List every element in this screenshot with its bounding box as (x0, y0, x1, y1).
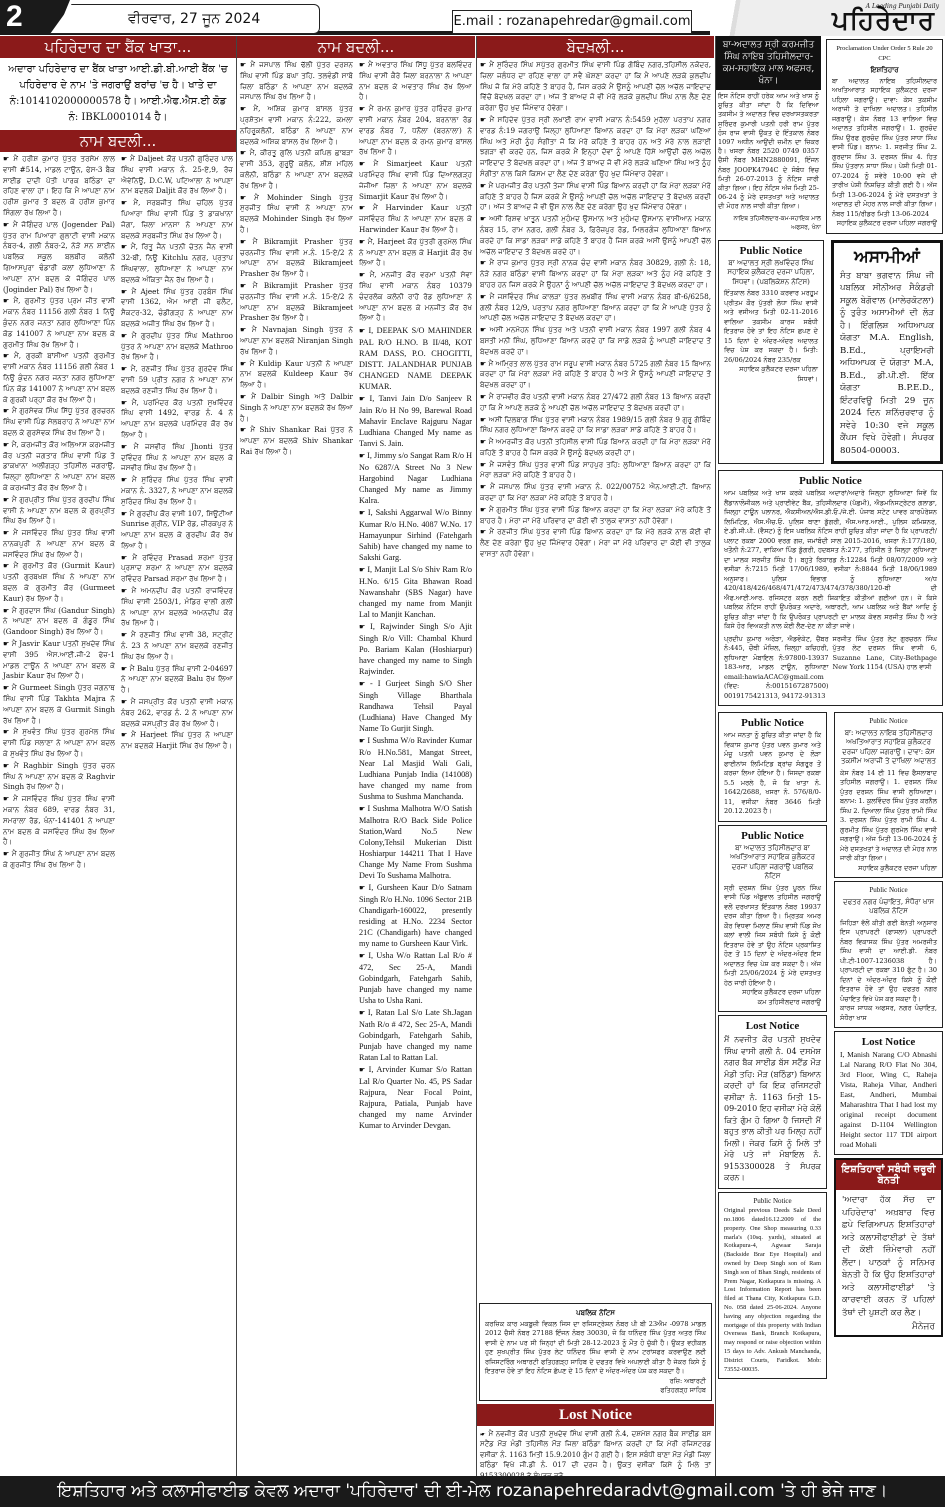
list-item: ਮੈਂ, ਪਰਮਿੰਦਰ ਕੌਰ ਪਤਨੀ ਸੁਖਵਿੰਦਰ ਸਿੰਘ ਵਾਸੀ… (121, 398, 233, 441)
issue-date: ਵੀਰਵਾਰ, 27 ਜੂਨ 2024 (128, 11, 260, 27)
column-disinheritance: ਬੇਦਖ਼ਲੀ... ਮੈਂ ਸੁਰਿੰਦਰ ਸਿੰਘ ਸਪੁੱਤਰ ਗੁਰਮੀ… (477, 36, 714, 1476)
list-item: ਮੈਂ ਰਣਜੀਤ ਸਿੰਘ ਵਾਸੀ 38, ਸਟ੍ਰੀਟ ਨੰ. 23 ਨੇ… (121, 630, 233, 662)
lost-notice-body: ਮੈਂ ਨਵਜੀਤ ਕੌਰ ਪਤਨੀ ਸੁਖਦੇਵ ਸਿੰਘ ਵਾਸੀ ਗਲੀ … (477, 1429, 714, 1482)
list-item: ਮੈਂ ਗੁਰਪ੍ਰੀਤ ਸਿੰਘ ਪੁੱਤਰ ਗੁਰਦੀਪ ਸਿੰਘ ਵਾਸੀ… (3, 495, 115, 527)
list-item: ਮੈਂ ਜਸਪਾਲ ਸਿੰਘ ਢੱਲੀ ਪੁੱਤਰ ਦਰਸ਼ਨ ਸਿੰਘ ਵਾਸ… (240, 60, 353, 103)
list-item: - I Gurjeet Singh S/O Sher Singh Village… (359, 678, 472, 734)
list-item: ਮੈਂ ਅਮ੍ਰਿਤ ਲਾਲ ਪੁੱਤਰ ਰਾਮ ਸਰੂਪ ਵਾਸੀ ਮਕਾਨ … (480, 359, 711, 391)
notice-body: ਕੇਸ ਨੰਬਰ 14 ਈ 11 ਵਿਚ ਫੈਸਲਾਬਾਦ ਤਹਿਸੀਲ ਜਗਰ… (840, 769, 937, 864)
list-item: ਮੈਂ ਰਮਨ ਕੁਮਾਰ ਪੁੱਤਰ ਹਰਿੰਦਰ ਕੁਮਾਰ ਵਾਸੀ ਮਕ… (359, 104, 472, 158)
name-change-right-column: ਮੈਂ ਅਵਤਾਰ ਸਿੰਘ ਸਿੱਧੂ ਪੁੱਤਰ ਬਲਵਿੰਦਰ ਸਿੰਘ … (359, 60, 472, 1132)
list-item: ਮੈਂ Daljeet ਕੌਰ ਪਤਨੀ ਗੁਰਿੰਦਰ ਪਾਲ ਸਿੰਘ ਵਾ… (121, 154, 233, 197)
list-item: ਮੈਂ ਸੁਰਿੰਦਰ ਸਿੰਘ ਪੁੱਤਰ ਸਿੰਘ ਵਾਸੀ ਮਕਾਨ ਨੰ… (121, 475, 233, 507)
list-item: ਮੈਂ ਰਣਜੀਤ ਸਿੰਘ ਪੁੱਤਰ ਵਾਸੀ ਪਿੰਡ ਬਿਆਨ ਕਰਦਾ… (480, 527, 711, 559)
notice-signature: ਕਾਰਜ ਸਾਧਕ ਅਫਸਰ, ਨਗਰ ਪੰਚਾਇਤ, ਸੰਧੌਰਾ ਖਾਸ (840, 1004, 937, 1023)
proclamation-signature: ਸਹਾਇਕ ਕੁਲੈਕਟਰ ਦਰਜਾ ਪਹਿਲਾ ਜਗਰਾਉਂ (832, 219, 937, 229)
notice-body: ਮੈਂ ਨਵਜੀਤ ਕੌਰ ਪਤਨੀ ਸੁਖਦੇਵ ਸਿੰਘ ਵਾਸੀ ਗਲੀ … (724, 1034, 821, 1184)
list-item: ਮੈਂ Jasvir Kaur ਪਤਨੀ ਸੁਖਦੇਵ ਸਿੰਘ ਵਾਸੀ 39… (3, 639, 115, 682)
notice-body: ਆਮ ਜਨਤਾ ਨੂੰ ਸੂਚਿਤ ਕੀਤਾ ਜਾਂਦਾ ਹੈ ਕਿ ਵਿਕਾਸ… (724, 731, 821, 817)
list-item: ਮੈਂ ਜੋਗਿੰਦਰ ਪਾਲ (Jogender Pal) ਪੁੱਤਰ ਰਾਮ… (3, 220, 115, 296)
list-item: ਮੈਂ, Harjeet ਕੌਰ ਪੁੱਤਰੀ ਗੁਰਮੇਲ ਸਿੰਘ ਨੇ ਆ… (359, 237, 472, 269)
name-change-list-2: ਮੈਂ ਜਸਪਾਲ ਸਿੰਘ ਢੱਲੀ ਪੁੱਤਰ ਦਰਸ਼ਨ ਸਿੰਘ ਵਾਸ… (237, 60, 475, 1132)
list-item: ਮੈਂ Navnajan Singh ਪੁੱਤਰ ਨੇ ਆਪਣਾ ਨਾਮ ਬਦਲ… (240, 325, 353, 357)
list-item: I, Ratan Lal S/o Late Sh.Jagan Nath R/o … (359, 1007, 472, 1063)
tehsildar-signature: ਨਾਇਬ ਤਹਿਸੀਲਦਾਰ-ਕਮ-ਸਹਾਇਕ ਮਾਲ ਅਫਸਰ, ਖੰਨਾ (716, 214, 821, 232)
list-item: ਮੈਂ ਗੁਰਦਾਸ ਸਿੰਘ (Gandur Singh) ਨੇ ਆਪਣਾ ਨ… (3, 606, 115, 638)
lost-notice-maur: Lost Notice ਮੈਂ ਨਵਜੀਤ ਕੌਰ ਪਤਨੀ ਸੁਖਦੇਵ ਸਿ… (718, 1015, 827, 1189)
notice-subtitle: ਦਫਤਰ ਨਗਰ ਪੰਚਾਇਤ, ਸੰਧੌਰਾ ਖਾਸ ਪਬਲਿਕ ਨੋਟਿਸ (840, 898, 937, 917)
list-item: I, Usha W/o Rattan Lal R/o # 472, Sec 25… (359, 950, 472, 1006)
list-item: ਅਸੀਂ ਮਨਮੋਹਨ ਸਿੰਘ ਪੁੱਤਰ ਅਤੇ ਪਤਨੀ ਵਾਸੀ ਮਕਾ… (480, 325, 711, 357)
list-item: ਮੈਂ ਅਮਨਦੀਪ ਕੌਰ ਪਤਨੀ ਰਾਜਵਿੰਦਰ ਸਿੰਘ ਵਾਸੀ 2… (121, 586, 233, 629)
notice-title: ਪਬਲਿਕ ਨੋਟਿਸ (485, 1308, 706, 1318)
newspaper-logo: ਪਹਿਰੇਦਾਰ (832, 6, 935, 37)
disinheritance-list: ਮੈਂ ਸੁਰਿੰਦਰ ਸਿੰਘ ਸਪੁੱਤਰ ਗੁਰਮੀਤ ਸਿੰਘ ਵਾਸੀ… (477, 60, 714, 1300)
public-notice-dugri-property: Public Notice ਆਮ ਪਬਲਿਕ ਅਤੇ ਖਾਸ ਕਰਕੇ ਪਬਲਿ… (718, 470, 943, 706)
footer-banner: ਇਸ਼ਤਿਹਾਰ ਅਤੇ ਕਲਾਸੀਫਾਈਡ ਕੇਵਲ ਅਦਾਰਾ 'ਪਹਿਰੇ… (0, 1476, 945, 1507)
list-item: ਮੈਂ Dalbir Singh ਅਤੇ Dalbir Singh ਨੇ ਆਪਣ… (240, 392, 353, 424)
notice-signature: ਸਹਾਇਕ ਕੁਲੈਕਟਰ ਦਰਜਾ ਪਹਿਲਾ ਸਿਧਵਾਂ। (724, 365, 818, 384)
notice-title: Public Notice (724, 830, 821, 842)
list-item: I, Rajwinder Singh S/o Ajit Singh R/o Vi… (359, 621, 472, 677)
list-item: ਮੈਂ, ਸਰਬਜੀਤ ਸਿੰਘ ਚਹਿਲ ਪੁੱਤਰ ਪਿਆਰਾ ਸਿੰਘ ਵ… (121, 198, 233, 241)
name-change-right-column: ਮੈਂ Daljeet ਕੌਰ ਪਤਨੀ ਗੁਰਿੰਦਰ ਪਾਲ ਸਿੰਘ ਵਾ… (121, 154, 233, 872)
tehsildar-heading: ਬਾ-ਅਦਾਲਤ ਸ੍ਰੀ ਕਰਮਜੀਤ ਸਿੰਘ ਨਾਇਬ ਤਹਿਸੀਲਦਾਰ… (716, 36, 821, 90)
list-item: ਮੈਂ ਸੁਰਿੰਦਰ ਸਿੰਘ ਸਪੁੱਤਰ ਗੁਰਮੀਤ ਸਿੰਘ ਵਾਸੀ… (480, 60, 711, 114)
proclamation-title: Proclamation Under Order 5 Rule 20 CPC (832, 44, 937, 63)
column-public-notices: ਬਾ-ਅਦਾਲਤ ਸ੍ਰੀ ਕਰਮਜੀਤ ਸਿੰਘ ਨਾਇਬ ਤਹਿਸੀਲਦਾਰ… (716, 36, 945, 1476)
disinheritance-heading: ਬੇਦਖ਼ਲੀ... (477, 36, 714, 58)
list-item: ਮੈਂ ਗੁਰਦੀਪ ਪੁੱਤਰ ਸਿੰਘ Mathroo ਪੁੱਤਰ ਨੇ ਆ… (121, 331, 233, 363)
notice-body: Original previous Deeds Sale Deed no.180… (724, 1207, 821, 1374)
list-item: ਮੈਂ ਹਰੀਸ਼ ਕੁਮਾਰ ਪੁੱਤਰ ਤਰਸੇਮ ਲਾਲ ਵਾਸੀ #51… (3, 154, 115, 219)
list-item: ਮੈਂ ਜਸਵੰਤ ਸਿੰਘ ਪੁੱਤਰ ਵਾਸੀ ਪਿੰਡ ਸਾਹਪੁਰ ਤਹ… (480, 460, 711, 482)
list-item: ਮੈਂ, ਕੀਰਤੂ ਗੁਲਿ ਪਤਨੀ ਕਪਿਲ ਛਾਬੜਾ ਵਾਸੀ 353… (240, 148, 353, 191)
advocate-details: ਪ੍ਰਦੀਪ ਕੁਮਾਰ ਅਰੋੜਾ, ਐਡਵੋਕੇਟ, ਚੈਂਬਰ ਨੰ:44… (724, 635, 829, 702)
list-item: I, Arvinder Kumar S/o Rattan Lal R/o Qua… (359, 1064, 472, 1131)
notice-title: Lost Notice (840, 1036, 937, 1048)
list-item: ਮੈਂ, ਰਣਜੀਤ ਸਿੰਘ ਪੁੱਤਰ ਗੁਰਦੇਵ ਸਿੰਘ ਵਾਸੀ 5… (121, 364, 233, 396)
column-name-change-2: ਨਾਮ ਬਦਲੀ... ਮੈਂ ਜਸਪਾਲ ਸਿੰਘ ਢੱਲੀ ਪੁੱਤਰ ਦਰ… (237, 36, 475, 1476)
list-item: I, Jimmy s/o Sangat Ram R/o H No 6287/A … (359, 450, 472, 506)
proclamation-subtitle: ਇਸ਼ਤਿਹਾਰ (832, 65, 937, 75)
notice-title: Public Notice (724, 1197, 821, 1206)
list-item: I Sushma W/o Ravinder Kumar R/o H.No.581… (359, 735, 472, 802)
vacancy-title: ਅਸਾਮੀਆਂ (840, 247, 934, 267)
important-request-body: 'ਅਦਾਰਾ ਹੱਕ ਸੱਚ ਦਾ ਪਹਿਰੇਦਾਰ' ਅਖ਼ਬਾਰ ਵਿਚ ਛ… (836, 1190, 941, 1323)
list-item: ਮੈਂ ਰਵਿੰਦਰ Prasad ਸ਼ਰਮਾ ਪੁੱਤਰ ਪ੍ਰਸਾਦ ਸ਼ਰ… (121, 553, 233, 585)
notice-signature: ਫਤਿਹਗੜ੍ਹ ਸਾਹਿਬ (485, 1386, 706, 1396)
list-item: ਮੈਂ, ਅਸ਼ਿਕ ਕੁਮਾਰ ਬਾਂਸਲ ਪੁੱਤਰ ਪ੍ਰਸ਼ੋਤਮ ਵਾ… (240, 104, 353, 147)
list-item: ਮੈਂ ਜਸਪ੍ਰੀਤ ਕੌਰ ਪਤਨੀ ਵਾਸੀ ਮਕਾਨ ਨੰਬਰ 262,… (121, 697, 233, 729)
important-request-title: ਇਸ਼ਤਿਹਾਰਾਂ ਸਬੰਧੀ ਜ਼ਰੂਰੀ ਬੇਨਤੀ (836, 1160, 941, 1190)
notice-title: Lost Notice (724, 1020, 821, 1032)
public-notice-jagraon: Public Notice ਬਾ: ਅਦਾਲਤ ਨਾਇਬ ਤਹਿਸੀਲਦਾਰ ਅ… (834, 712, 943, 878)
list-item: I, Manjit Lal S/o Shiv Ram R/o H.No. 6/1… (359, 564, 472, 620)
list-item: I, Gursheen Kaur D/o Satnam Singh R/o H.… (359, 882, 472, 949)
notice-signature: ਸਹਾਇਕ ਕੁਲੈਕਟਰ ਦਰਜਾ ਪਹਿਲਾ (724, 988, 821, 998)
email-box[interactable]: E.mail : rozanapehredar@gmail.com (452, 10, 692, 34)
list-item: ਮੈਂ ਗੁਰਜੀਤ ਸਿੰਘ ਨੇ ਆਪਣਾ ਨਾਮ ਬਦਲ ਕੇ ਗੁਰਜੀ… (3, 849, 115, 871)
list-item: ਮੈਂ ਗੁਰਮੀਤ ਕੌਰ (Gurmit Kaur) ਪਤਨੀ ਗੁਰਬਖਸ… (3, 561, 115, 604)
list-item: I, Sakshi Aggarwal W/o Binny Kumar R/o H… (359, 507, 472, 563)
list-item: ਮੈਂ ਅਮਰਜੀਤ ਕੌਰ ਪਤਨੀ ਤਹਿਸੀਲ ਵਾਸੀ ਪਿੰਡ ਬਿਆ… (480, 437, 711, 459)
important-request-box: ਇਸ਼ਤਿਹਾਰਾਂ ਸਬੰਧੀ ਜ਼ਰੂਰੀ ਬੇਨਤੀ 'ਅਦਾਰਾ ਹੱਕ… (834, 1158, 943, 1337)
list-item: ਮੈਂ ਰਾਜ ਕੁਮਾਰ ਪੁੱਤਰ ਸ੍ਰੀ ਨਾਨਕ ਚੰਦ ਵਾਸੀ ਮ… (480, 258, 711, 290)
lost-notice-heading: Lost Notice (477, 1404, 714, 1426)
notice-body: ਸ੍ਰੀ ਦਰਸ਼ਨ ਸਿੰਘ ਪੁੱਤਰ ਪੂਰਨ ਸਿੰਘ ਵਾਸੀ ਪਿੰ… (724, 884, 821, 989)
footer-text: ਇਸ਼ਤਿਹਾਰ ਅਤੇ ਕਲਾਸੀਫਾਈਡ ਕੇਵਲ ਅਦਾਰਾ 'ਪਹਿਰੇ… (58, 1481, 888, 1501)
notice-body: ਕਰਜ਼ਿਕ ਕਾਰ ਮਕਬੂਜ਼ੀ ਵਿਕਲ ਜਿਸ ਦਾ ਰਜਿਸਟ੍ਰੇਸ… (485, 1320, 706, 1377)
tehsildar-notice: ਬਾ-ਅਦਾਲਤ ਸ੍ਰੀ ਕਰਮਜੀਤ ਸਿੰਘ ਨਾਇਬ ਤਹਿਸੀਲਦਾਰ… (716, 36, 821, 237)
list-item: ਮੈਂ ਜਸਪਾਲ ਸਿੰਘ ਪੁੱਤਰ ਵਾਸੀ ਮਕਾਨ ਨੰ. 022/0… (480, 482, 711, 504)
list-item: ਮੈਂ Harjeet ਸਿੰਘ ਪੁੱਤਰ ਨੇ ਆਪਣਾ ਨਾਮ ਬਦਲਕੇ… (121, 730, 233, 752)
public-notice-kotkapura: Public Notice Original previous Deeds Sa… (718, 1192, 827, 1380)
list-item: ਮੈਂ Mohinder Singh ਪੁੱਤਰ ਸੁਰਜੀਤ ਸਿੰਘ ਵਾਸ… (240, 193, 353, 236)
list-item: ਮੈਂ ਜਸਵਿੰਦਰ ਸਿੰਘ ਕਾਲੜਾ ਪੁੱਤਰ ਲਖਬੀਰ ਸਿੰਘ … (480, 292, 711, 324)
list-item: I Sushma Malhotra W/O Satish Malhotra R/… (359, 803, 472, 881)
list-item: ਮੈਂ Ajeet ਸਿੰਘ ਪੁੱਤਰ ਹਰਬੰਸ ਸਿੰਘ ਵਾਸੀ 136… (121, 287, 233, 330)
list-item: ਮੈਂ ਜਸਵੀਰ ਸਿੰਘ Jhonti ਪੁੱਤਰ ਦਵਿੰਦਰ ਸਿੰਘ … (121, 442, 233, 474)
notice-body: ਆਮ ਪਬਲਿਕ ਅਤੇ ਖਾਸ ਕਰਕੇ ਪਬਲਿਕ ਅਦਾਰਾਂ/ਅਦਾਰੇ… (724, 489, 937, 632)
column-bank-and-name-change: ਪਹਿਰੇਦਾਰ ਦਾ ਬੈਂਕ ਖਾਤਾ... ਅਦਾਰਾ ਪਹਿਰੇਦਾਰ … (0, 36, 236, 1476)
list-item: ਮੈਂ ਗੁਰਦੀਪ ਕੌਰ ਵਾਸੀ 107, ਸਿਊਟੀਆਂ Sunrise… (121, 509, 233, 552)
notice-title: Public Notice (724, 717, 821, 729)
list-item: ਮੈਂ ਜਸਵਿੰਦਰ ਸਿੰਘ ਪੁੱਤਰ ਸਿੰਘ ਵਾਸੀ ਨਾਨਕਪੁਰ… (3, 528, 115, 560)
important-request-signature: ਮੈਨੇਜਰ (836, 1323, 941, 1335)
notice-title: Public Notice (724, 475, 937, 487)
list-item: I, DEEPAK S/O MAHINDER PAL R/O H.NO. B I… (359, 325, 472, 392)
notice-subtitle: ਬਾ ਅਦਾਲਤ ਸ੍ਰੀ ਲਖਵਿੰਦਰ ਸਿੰਘ ਸਹਾਇਕ ਕੁਲੈਕਟਰ… (724, 259, 818, 288)
list-item: ਮੈਂ Bikramjit Prasher ਪੁੱਤਰ ਚਰਨਜੀਤ ਸਿੰਘ … (240, 237, 353, 280)
proclamation-notice: Proclamation Under Order 5 Rule 20 CPC ਇ… (826, 39, 943, 234)
list-item: ਮੈਂ Raghbir Singh ਪੁੱਤਰ ਚਰਨ ਸਿੰਘ ਨੇ ਆਪਣਾ… (3, 761, 115, 793)
name-change-heading: ਨਾਮ ਬਦਲੀ... (0, 130, 236, 152)
notice-subtitle: ਬਾ ਅਦਾਲਤ ਤਹਿਸੀਲਦਾਰ ਬਾ ਅਖਤਿਆਰਾਤ ਸਹਾਇਕ ਕੁਲ… (724, 844, 821, 882)
list-item: ਮੈਂ Balu ਪੁੱਤਰ ਸਿੰਘ ਵਾਸੀ 2-04697 ਨੇ ਆਪਣਾ… (121, 664, 233, 696)
list-item: ਮੈਂ ਰਾਜਵੀਰ ਕੌਰ ਪਤਨੀ ਵਾਸੀ ਮਕਾਨ ਨੰਬਰ 27/47… (480, 392, 711, 414)
list-item: ਮੈਂ ਅਵਤਾਰ ਸਿੰਘ ਸਿੱਧੂ ਪੁੱਤਰ ਬਲਵਿੰਦਰ ਸਿੰਘ … (359, 60, 472, 103)
name-change-list: ਮੈਂ ਹਰੀਸ਼ ਕੁਮਾਰ ਪੁੱਤਰ ਤਰਸੇਮ ਲਾਲ ਵਾਸੀ #51… (0, 154, 236, 872)
notice-signature: ਸਹਾਇਕ ਕੁਲੈਕਟਰ ਦਰਜਾ ਪਹਿਲਾ (840, 864, 937, 874)
tehsildar-body: ਇਸ ਨੋਟਿਸ ਰਾਹੀਂ ਹਰੇਕ ਆਮ ਅਤੇ ਖਾਸ ਨੂੰ ਸੂਚਿਤ… (716, 90, 821, 214)
list-item: ਮੈਂ Bikramjit Prasher ਪੁੱਤਰ ਚਰਨਜੀਤ ਸਿੰਘ … (240, 281, 353, 324)
bank-account-text: ਅਦਾਰਾ ਪਹਿਰੇਦਾਰ ਦਾ ਬੈਂਕ ਖਾਤਾ ਆਈ.ਡੀ.ਬੀ.ਆਈ … (0, 60, 236, 130)
list-item: ਮੈਂ, ਗੁਰਮੀਤ ਪੁੱਤਰ ਪ੍ਰਮ ਜੀਤ ਵਾਸੀ ਮਕਾਨ ਨੰਬ… (3, 296, 115, 350)
lost-notice-mohali: Lost Notice I, Manish Narang C/O Abnashi… (834, 1031, 943, 1155)
name-change-left-column: ਮੈਂ ਹਰੀਸ਼ ਕੁਮਾਰ ਪੁੱਤਰ ਤਰਸੇਮ ਲਾਲ ਵਾਸੀ #51… (3, 154, 115, 872)
notice-body: ਜਿਹਿੜਾ ਵੱਲੋਂ ਕੀਤੀ ਗਈ ਬੇਨਤੀ ਅਨੁਸਾਰ ਇਸ ਪ੍ਰ… (840, 919, 937, 1005)
list-item: ਮੈਂ ਸੁਖਵੰਤ ਸਿੰਘ ਪੁੱਤਰ ਗੁਰਮੇਲ ਸਿੰਘ ਵਾਸੀ ਪ… (3, 727, 115, 759)
notice-body: ਇੰਤਕਾਲ ਨੰਬਰ 3310 ਕਰਵਾਰ ਮਰਹੂਮ ਪ੍ਰੀਤਮ ਕੌਰ … (724, 289, 818, 365)
list-item: ਮੈਂ, ਮਨਜੀਤ ਕੌਰ ਵਰਮਾ ਪਤਨੀ ਸੇਵਾ ਸਿੰਘ ਵਾਸੀ … (359, 270, 472, 324)
list-item: ਮੈਂ ਗੁਰਸੇਵਕ ਸਿੰਘ ਸਿੱਧੂ ਪੁੱਤਰ ਗੁਰਚਰਨ ਸਿੰਘ… (3, 406, 115, 438)
list-item: ਅਸੀਂ ਰਿਸ਼ਵ ਖਾਤੂਨ ਪਤਨੀ ਮੁਹੰਮਦ ਉਸਮਾਨ ਅਤੇ ਮ… (480, 214, 711, 257)
list-item: ਮੈਂ, ਕਰਮਜੀਤ ਕੌਰ ਅਲਿਆਸ ਕਰਮਜੀਤ ਕੌਰ ਪਤਨੀ ਜਗ… (3, 440, 115, 494)
list-item: ਮੈਂ Kuldip Kaur ਪਤਨੀ ਨੇ ਆਪਣਾ ਨਾਮ ਬਦਲਕੇ K… (240, 359, 353, 391)
list-item: ਮੈਂ Gurmeet Singh ਪੁੱਤਰ ਜਗਨਾਥ ਸਿੰਘ ਵਾਸੀ … (3, 683, 115, 726)
client-details: ਸਰਜੀਤ ਸਿੰਘ ਪੁੱਤਰ ਲੇਟ ਗੁਰਚਰਨ ਸਿੰਘ ਪੁੱਤਰ ਲ… (833, 635, 938, 702)
public-notice-abbuwal: Public Notice ਬਾ ਅਦਾਲਤ ਤਹਿਸੀਲਦਾਰ ਬਾ ਅਖਤਿ… (718, 825, 827, 1013)
notice-title: Public Notice (724, 245, 818, 257)
notice-title: Public Notice (840, 717, 937, 727)
masthead: 2 ਵੀਰਵਾਰ, 27 ਜੂਨ 2024 E.mail : rozanapeh… (0, 0, 945, 36)
notice-title: Public Notice (840, 886, 937, 896)
list-item: ਮੈਂ Simarjeet Kaur ਪਤਨੀ ਪਰਮਿੰਦਰ ਸਿੰਘ ਵਾਸ… (359, 159, 472, 202)
list-item: I, Tanvi Jain D/o Sanjeev R Jain R/o H N… (359, 393, 472, 449)
list-item: ਅਸੀਂ ਦਿਲਬਾਗ ਸਿੰਘ ਪੁੱਤਰ ਵਾਸੀ ਮਕਾਨ ਨੰਬਰ 19… (480, 415, 711, 437)
vacancy-ad: ਅਸਾਮੀਆਂ ਸੰਤ ਬਾਬਾ ਭਗਵਾਨ ਸਿੰਘ ਜੀ ਪਬਲਿਕ ਸੀਨ… (831, 240, 943, 465)
name-change-heading-2: ਨਾਮ ਬਦਲੀ... (237, 36, 475, 58)
contact-email[interactable]: E.mail : rozanapehredar@gmail.com (453, 11, 691, 33)
list-item: ਮੈਂ ਸਹਿਦੇਵ ਪੁੱਤਰ ਸ੍ਰੀ ਲਖਾਈ ਰਾਮ ਵਾਸੀ ਮਕਾਨ… (480, 115, 711, 180)
v-body: ਸੰਤ ਬਾਬਾ ਭਗਵਾਨ ਸਿੰਘ ਜੀ ਪਬਲਿਕ ਸੀਨੀਅਰ ਸੈਕੰ… (840, 270, 934, 458)
public-notice-sandhaura: Public Notice ਦਫਤਰ ਨਗਰ ਪੰਚਾਇਤ, ਸੰਧੌਰਾ ਖਾ… (834, 881, 943, 1028)
notice-signature: ਕਮ ਤਹਿਸੀਲਦਾਰ ਜਗਰਾਉਂ (724, 998, 821, 1008)
bank-account-heading: ਪਹਿਰੇਦਾਰ ਦਾ ਬੈਂਕ ਖਾਤਾ... (0, 36, 236, 58)
logo-area: A Leading Punjabi Daily ਪਹਿਰੇਦਾਰ (712, 0, 945, 36)
list-item: ਮੈਂ ਪਰਮਜੀਤ ਕੌਰ ਪਤਨੀ ਤੇਜਾ ਸਿੰਘ ਵਾਸੀ ਪਿੰਡ … (480, 181, 711, 213)
list-item: ਮੈਂ Shiv Shankar Rai ਪੁੱਤਰ ਨੇ ਆਪਣਾ ਨਾਮ ਬ… (240, 425, 353, 457)
date-bar: ਵੀਰਵਾਰ, 27 ਜੂਨ 2024 (50, 4, 320, 34)
list-item: ਮੈਂ ਗੁਰਮੀਤ ਸਿੰਘ ਪੁੱਤਰ ਵਾਸੀ ਪਿੰਡ ਬਿਆਨ ਕਰਦ… (480, 505, 711, 527)
notice-subtitle: ਬਾ: ਅਦਾਲਤ ਨਾਇਬ ਤਹਿਸੀਲਦਾਰ ਅਖਤਿਆਰਾਤ ਸਹਾਇਕ … (840, 729, 937, 767)
list-item: ਮੈਂ Harvinder Kaur ਪਤਨੀ ਜਸਵਿੰਦਰ ਸਿੰਘ ਨੇ … (359, 203, 472, 235)
notice-body: I, Manish Narang C/O Abnashi Lal Narang … (840, 1050, 937, 1150)
public-notice-sangrur: Public Notice ਆਮ ਜਨਤਾ ਨੂੰ ਸੂਚਿਤ ਕੀਤਾ ਜਾਂ… (718, 712, 827, 822)
public-notice-sidhwan: Public Notice ਬਾ ਅਦਾਲਤ ਸ੍ਰੀ ਲਖਵਿੰਦਰ ਸਿੰਘ… (718, 240, 824, 465)
list-item: ਮੈਂ, ਰਿਤੂ ਜੈਨ ਪਤਨੀ ਚੇਤਨ ਜੈਨ ਵਾਸੀ 32-ਬੀ, … (121, 242, 233, 285)
list-item: ਮੈਂ ਜਸਵਿੰਦਰ ਸਿੰਘ ਪੁੱਤਰ ਸਿੰਘ ਵਾਸੀ ਮਕਾਨ ਨੰ… (3, 794, 115, 848)
proclamation-body: ਬਾ ਅਦਾਲਤ ਨਾਇਬ ਤਹਿਸੀਲਦਾਰ ਅਖਤਿਆਰਾਤ ਸਹਾਇਕ ਕ… (832, 77, 937, 220)
notice-signature: ਰਜ਼ਿ: ਅਥਾਰਟੀ (485, 1377, 706, 1387)
name-change-left-column: ਮੈਂ ਜਸਪਾਲ ਸਿੰਘ ਢੱਲੀ ਪੁੱਤਰ ਦਰਸ਼ਨ ਸਿੰਘ ਵਾਸ… (240, 60, 353, 1132)
vehicle-public-notice: ਪਬਲਿਕ ਨੋਟਿਸ ਕਰਜ਼ਿਕ ਕਾਰ ਮਕਬੂਜ਼ੀ ਵਿਕਲ ਜਿਸ … (479, 1303, 712, 1401)
list-item: ਮੈਂ, ਗੁਰਕੀ ਬਾਂਸੀਆਂ ਪਤਨੀ ਗੁਰਮੀਤ ਵਾਸੀ ਮਕਾਨ… (3, 351, 115, 405)
